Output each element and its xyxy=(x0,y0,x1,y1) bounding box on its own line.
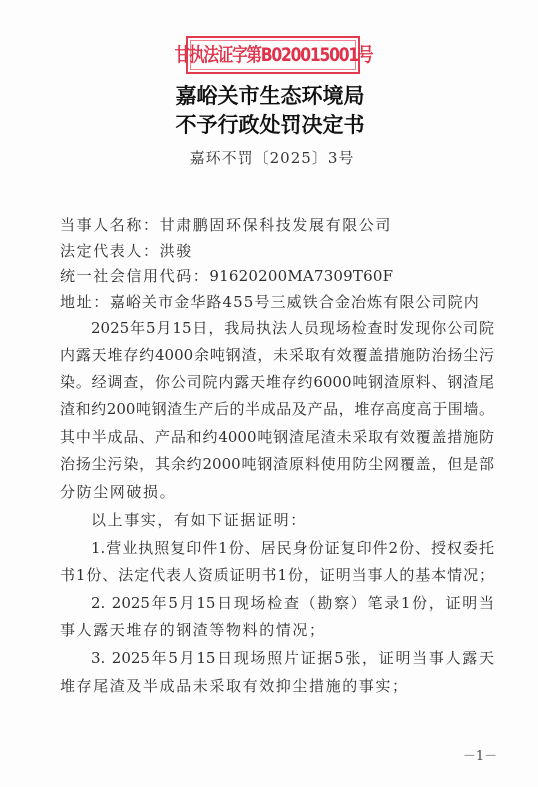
party-name-value: 甘肃鹏固环保科技发展有限公司 xyxy=(160,216,392,234)
body-line: 2025年5月15日，我局执法人员现场检查时发现你公司院 xyxy=(91,321,494,336)
body-line: 染。经调查，你公司院内露天堆存约6000吨钢渣原料、钢渣尾 xyxy=(60,375,494,390)
body-line: 其中半成品、产品和约4000吨钢渣尾渣未采取有效覆盖措施防 xyxy=(60,430,494,445)
evidence-item-2: 2. 2025年5月15日现场检查（勘察）笔录1份，证明当 xyxy=(91,596,494,611)
address-label: 地址： xyxy=(60,293,110,311)
body-line: 渣和约200吨钢渣生产后的半成品及产品，堆存高度高于围墙。 xyxy=(60,402,494,417)
evidence-item-3: 3. 2025年5月15日现场照片证据5张，证明当事人露天 xyxy=(91,651,494,666)
party-name-label: 当事人名称： xyxy=(60,216,160,234)
evidence-item-1: 1.营业执照复印件1份、居民身份证复印件2份、授权委托 xyxy=(91,541,494,556)
address-value: 嘉峪关市金华路455号三威铁合金冶炼有限公司院内 xyxy=(110,293,480,311)
page-number: －1－ xyxy=(462,750,498,763)
legal-representative-row: 法定代表人：洪骏 xyxy=(60,244,494,259)
party-name-row: 当事人名称：甘肃鹏固环保科技发展有限公司 xyxy=(60,218,494,233)
stamp-text: 甘执法证字第B020015001号 xyxy=(174,46,372,65)
body-line: 治扬尘污染，其余约2000吨钢渣原料使用防尘网覆盖，但是部 xyxy=(60,457,494,472)
address-row: 地址：嘉峪关市金华路455号三威铁合金冶炼有限公司院内 xyxy=(60,295,494,310)
evidence-item-2-cont: 事人露天堆存的钢渣等物料的情况； xyxy=(60,623,494,638)
evidence-intro: 以上事实，有如下证据证明： xyxy=(91,513,494,528)
agency-title: 嘉峪关市生态环境局 xyxy=(1,85,538,106)
law-enforcement-certificate-stamp: 甘执法证字第B020015001号 xyxy=(186,36,360,74)
document-title: 不予行政处罚决定书 xyxy=(1,114,538,135)
evidence-item-1-cont: 书1份、法定代表人资质证明书1份，证明当事人的基本情况； xyxy=(60,568,494,583)
credit-code-value: 91620200MA7309T60F xyxy=(209,267,393,285)
credit-code-label: 统一社会信用代码： xyxy=(60,267,209,285)
legal-representative-label: 法定代表人： xyxy=(60,242,160,260)
evidence-item-3-cont: 堆存尾渣及半成品未采取有效抑尘措施的事实； xyxy=(60,679,494,694)
document-page: 甘执法证字第B020015001号 嘉峪关市生态环境局 不予行政处罚决定书 嘉环… xyxy=(0,0,538,787)
legal-representative-value: 洪骏 xyxy=(160,242,193,260)
body-line: 分防尘网破损。 xyxy=(60,485,494,500)
credit-code-row: 统一社会信用代码：91620200MA7309T60F xyxy=(60,269,494,284)
document-number: 嘉环不罚〔2025〕3号 xyxy=(0,151,538,166)
body-line: 内露天堆存约4000余吨钢渣，未采取有效覆盖措施防治扬尘污 xyxy=(60,348,494,363)
